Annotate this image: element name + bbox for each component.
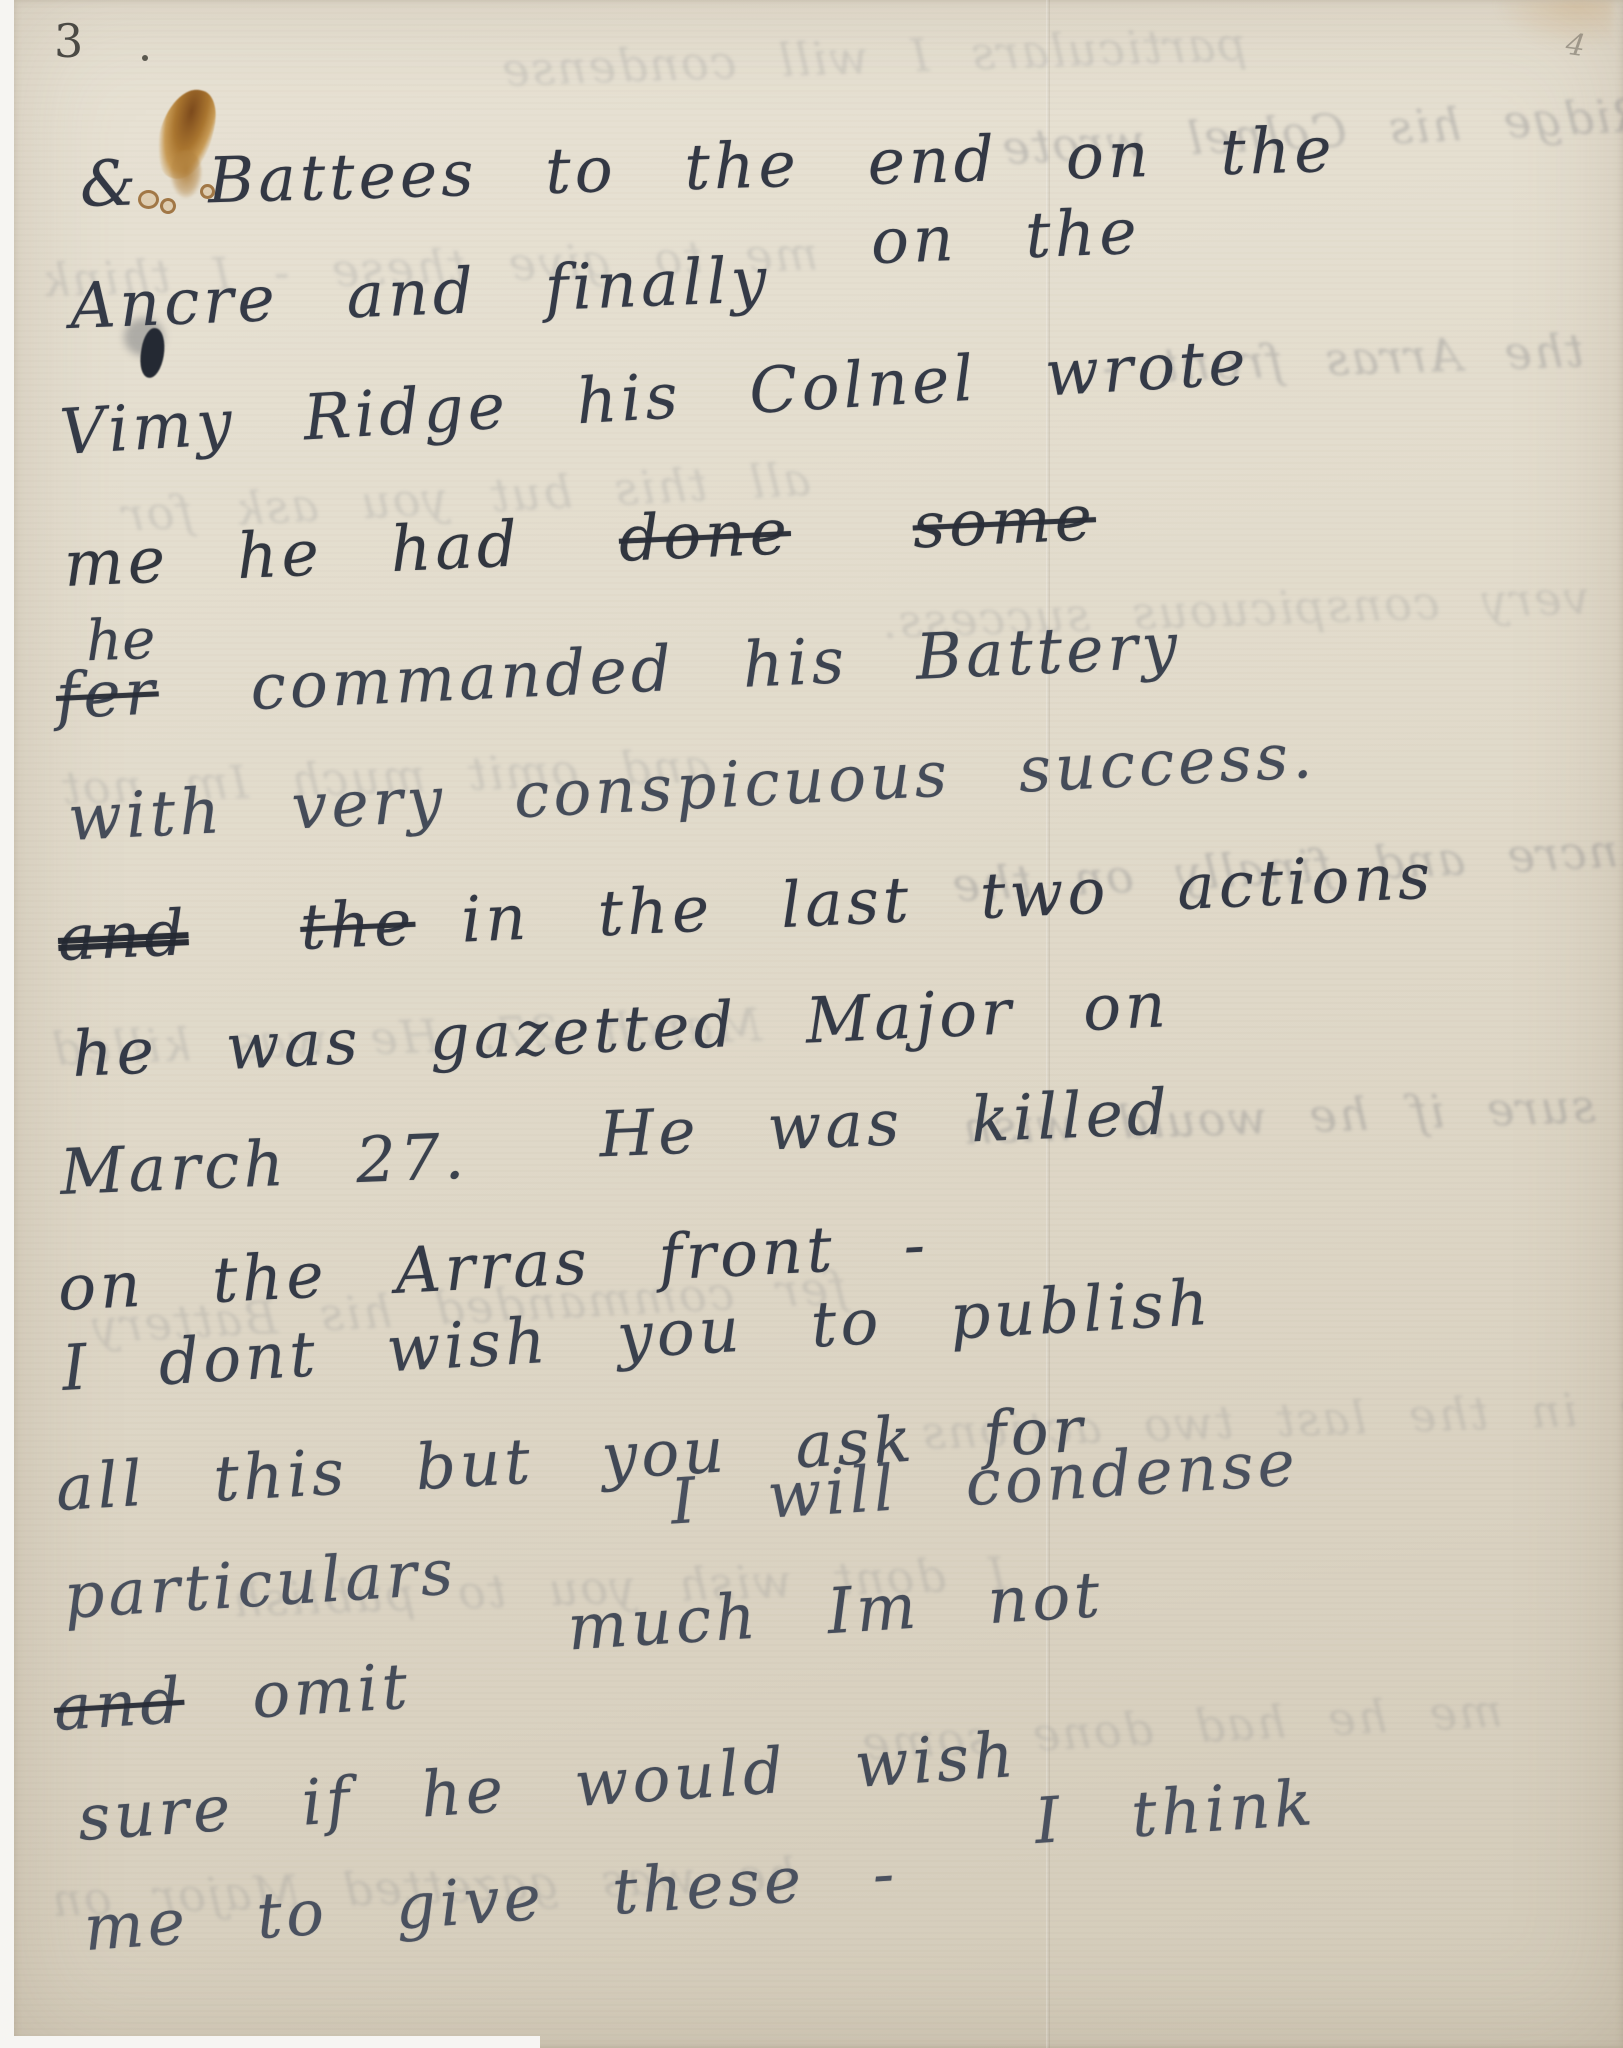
- pencil-dot: [142, 55, 148, 61]
- scan-edge-bottom: [0, 2036, 540, 2048]
- page-number: 3: [54, 14, 83, 68]
- scanned-letter-page: { "page": { "number": "3", "corner_mark"…: [0, 0, 1623, 2048]
- paper-discoloration: [1493, 0, 1613, 50]
- scan-edge-left: [0, 0, 14, 2048]
